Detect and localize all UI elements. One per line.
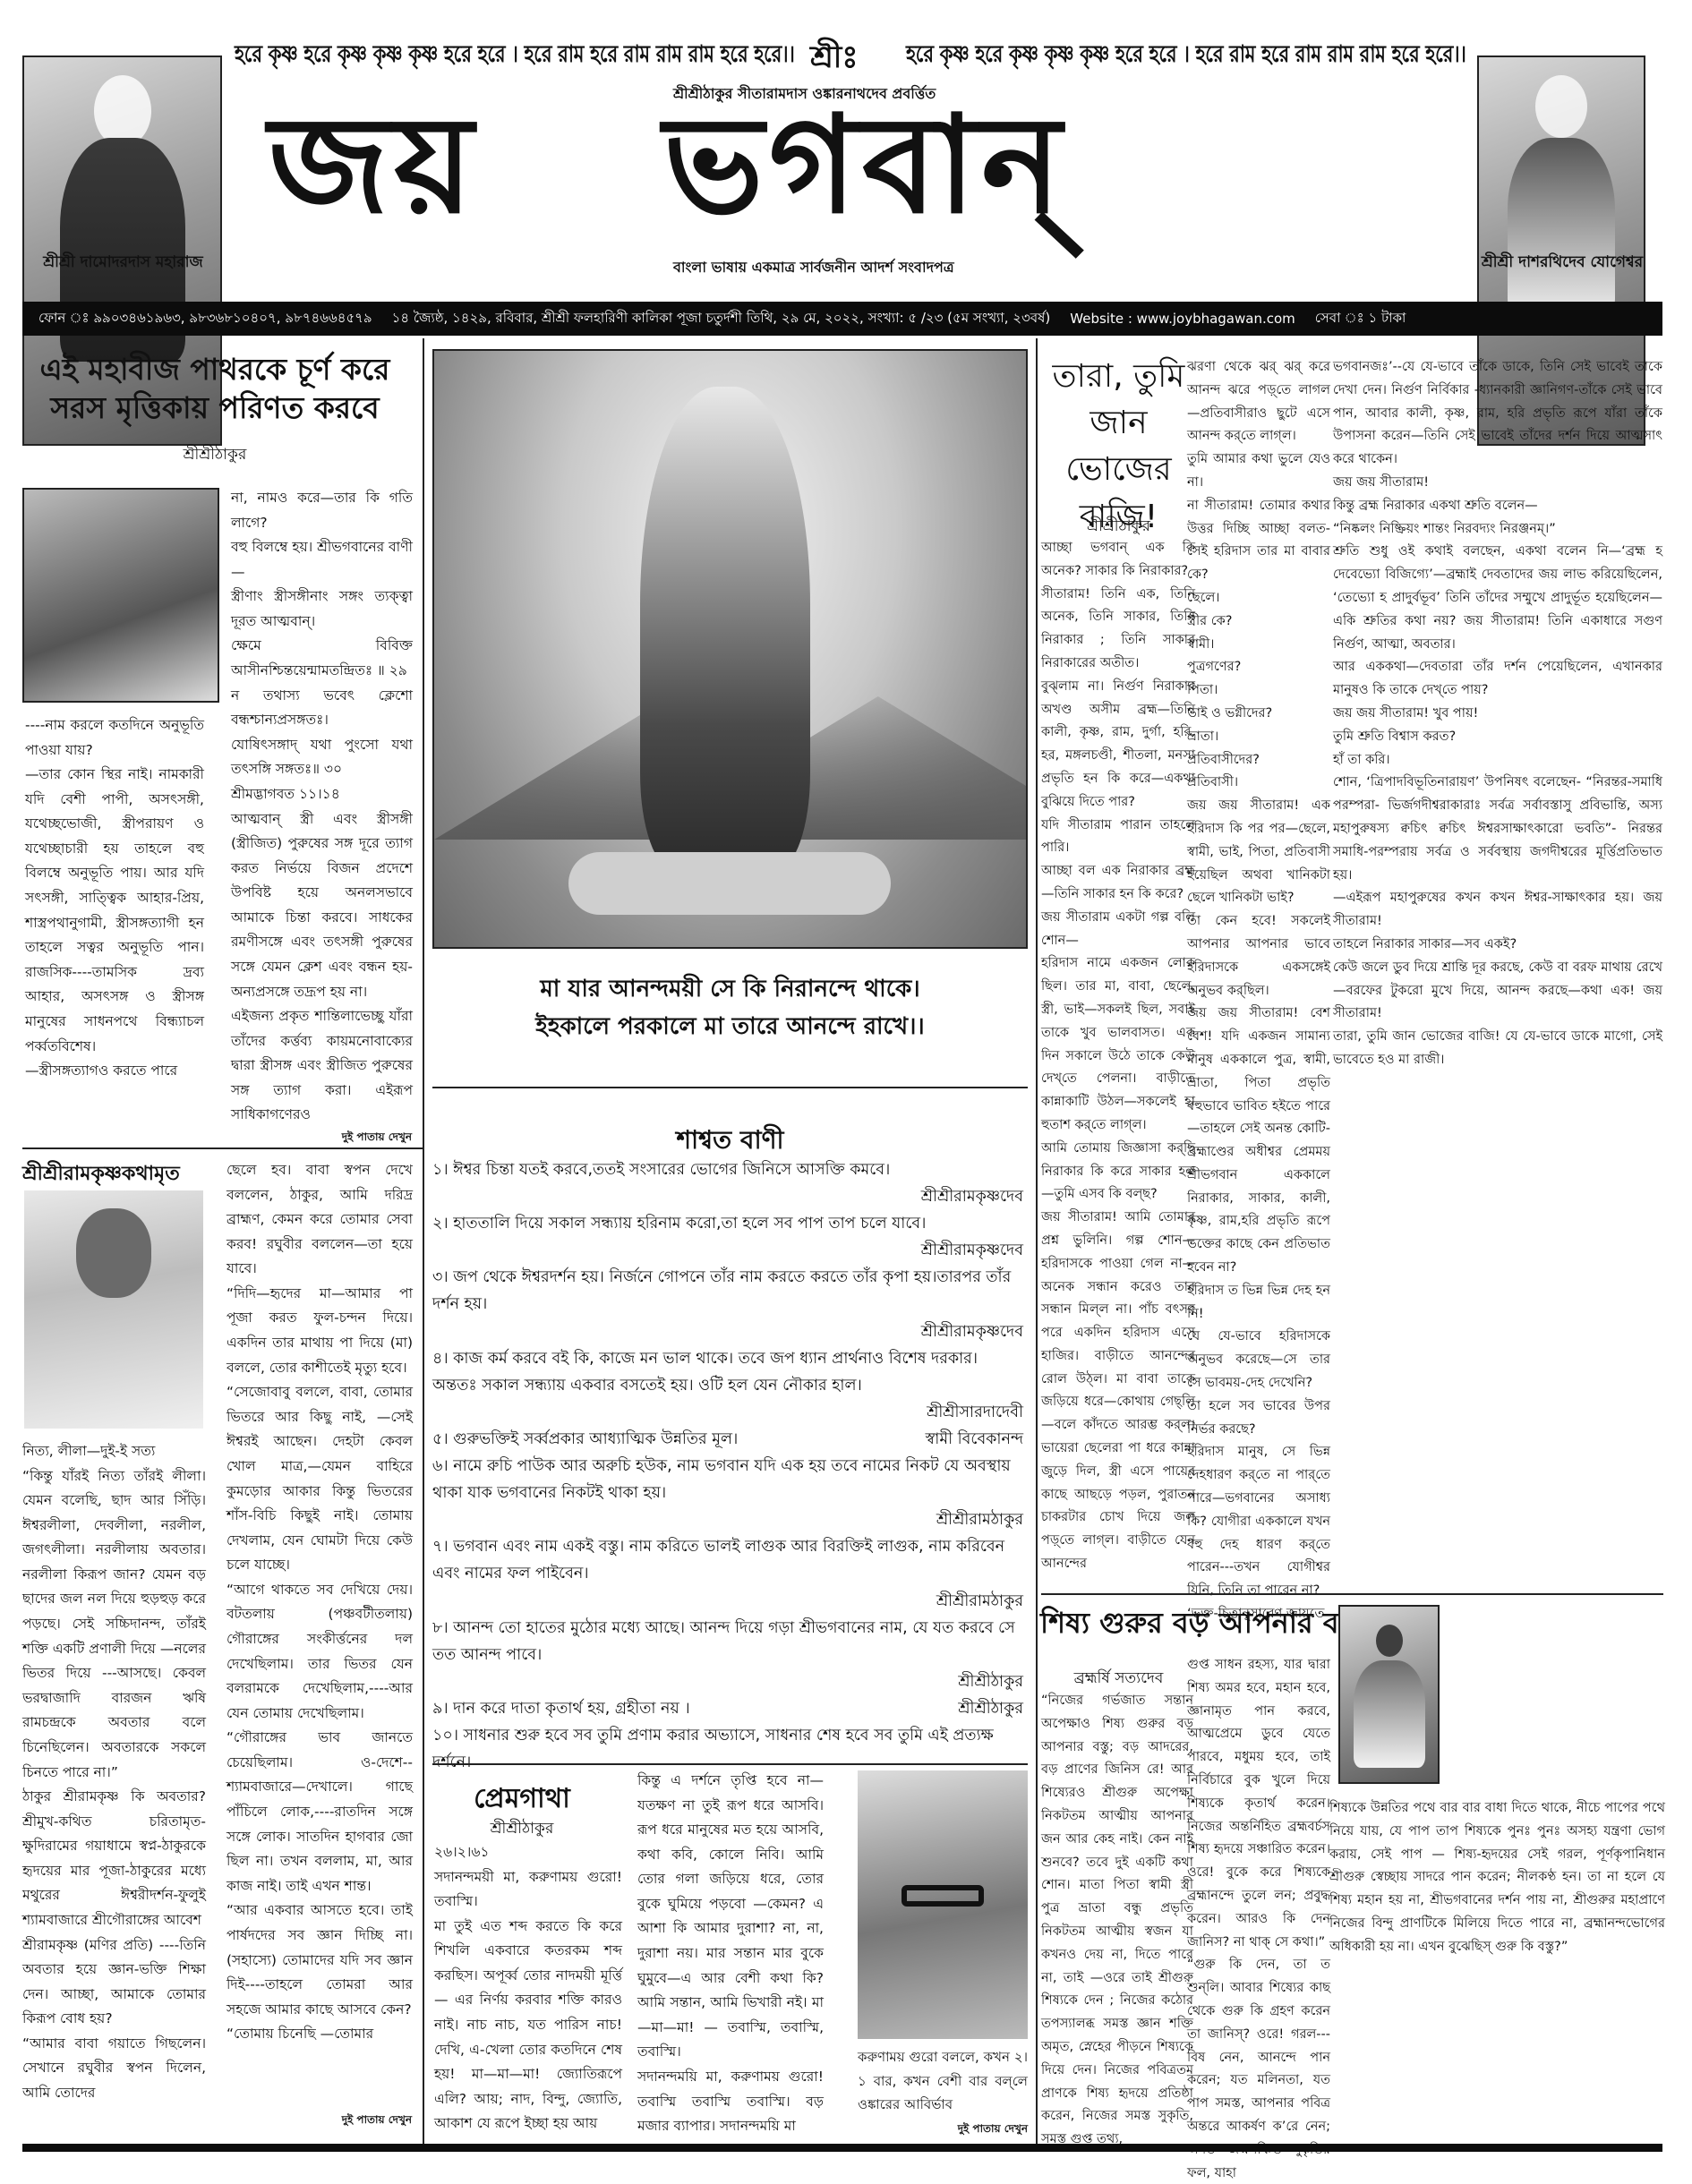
ramakrishna-figure [76,1208,151,1298]
premgatha-title: প্রেমগাথা [432,1777,611,1822]
article1-sadhu-photo [22,488,219,703]
paragraph: ভগবানজঃ’--যে যে-ভাবে তাঁকে ডাকে, তিনি সে… [1333,356,1662,472]
masthead-word-joy: জয় [269,88,479,243]
paragraph: শোন, ‘ত্রিপাদবিভূতিনারায়ণ’ উপনিষৎ বলেছে… [1333,772,1662,887]
paragraph: “আর একবার আসতে হবে। তাই পার্ষদদের সব জ্ঞ… [226,1898,413,2022]
paragraph: সদানন্দময়ি মা, করুণাময় গুরো! তবাস্মি ত… [637,2065,824,2139]
article2-col-right: ছেলে হব। বাবা স্বপন দেখে বললেন, ঠাকুর, আ… [226,1158,413,2047]
premgatha-photo-caption: করুণাময় গুরো বললে, কখন ২। ১ বার, কখন বে… [858,2045,1028,2117]
vani-list: ১। ঈশ্বর চিন্তা যতই করবে,ততই সংসারের ভোগ… [432,1156,1023,1803]
column-divider [423,338,424,2146]
paragraph: আচ্ছা ভগবান্ এক কি অনেক? সাকার কি নিরাকা… [1041,537,1195,584]
right-portrait-caption: শ্রীশ্রী দাশরথিদেব যোগেশ্বর [1468,251,1656,276]
paragraph: পিতা। [1187,679,1330,703]
paragraph: হরিদাস নামে একজন লোক ছিল। তার মা, বাবা, … [1041,952,1195,1137]
chant-left: হরে কৃষ্ণ হরে কৃষ্ণ কৃষ্ণ কৃষ্ণ হরে হরে … [235,36,794,75]
paragraph: “গৌরাঙ্গের ভাব জানতে চেয়েছিলাম। ও-দেশে-… [226,1726,413,1898]
spectacles-icon [902,1885,984,1907]
article1-col-right: না, নামও করে—তার কি গতি লাগে? বহু বিলম্ব… [231,486,413,1128]
premgatha-date: ২৬।২।৬১ [434,1840,622,1865]
paragraph: তারা, তুমি জান ভোজের বাজি! যে যে-ভাবে ডা… [1333,1026,1662,1072]
paragraph: ছেলে হব। বাবা স্বপন দেখে বললেন, ঠাকুর, আ… [226,1158,413,1282]
phone-numbers: ফোন ঃ ৯৯০৩৪৬১৯৬৩, ৯৮৩৬৮১০৪০৭, ৯৮৭৪৬৬৪৫৭৯ [38,308,372,330]
article3-headline: তারা, তুমি জান ভোজের বাজি! [1040,354,1197,541]
vani-author: শ্রীশ্রীরামঠাকুর [432,1588,1023,1615]
article4-byline: ব্রহ্মর্ষি সত্যদেব [1040,1667,1197,1692]
paragraph: —এইরূপ মহাপুরুষের কখন কখন ঈশ্বর-সাক্ষাৎক… [1333,887,1662,934]
paragraph: জয় সীতারাম একটা গল্প বলি শোন— [1041,907,1195,953]
article1-continued-link[interactable]: দুই পাতায় দেখুন [269,1130,412,1147]
ramakrishna-photo [24,1190,203,1429]
seated-saint-body [1508,138,1615,317]
vani-item: ২। হাততালি দিয়ে সকাল সন্ধ্যায় হরিনাম ক… [432,1210,1023,1264]
paragraph: বহু বিলম্বে হয়। শ্রীভগবানের বাণী— [231,535,413,584]
paragraph: —তার কোন স্থির নাই। নামকারী যদি বেশী পাপ… [25,763,204,1059]
masthead-title: জয় ভগবান্ [269,98,1067,233]
paragraph: প্রতিবাসীদের? [1187,749,1330,772]
article1-headline-line1: এই মহাবীজ পাথরকে চূর্ণ করে [18,351,412,389]
vani-item: ১। ঈশ্বর চিন্তা যতই করবে,ততই সংসারের ভোগ… [432,1156,1023,1210]
paragraph: “আমার বাবা গয়াতে গিছলেন। সেখানে রঘুবীর … [22,2032,206,2106]
vani-item: ৭। ভগবান এবং নাম একই বস্তু। নাম করিতে ভা… [432,1533,1023,1614]
paragraph: ক্ষেমে বিবিক্ত আসীনশ্চিন্তয়েন্মামতন্দ্র… [231,634,413,683]
info-bar: ফোন ঃ ৯৯০৩৪৬১৯৬৩, ৯৮৩৬৮১০৪০৭, ৯৮৭৪৬৬৪৫৭৯… [22,302,1662,336]
paragraph: যোষিৎসঙ্গাদ্ যথা পুংসো যথা তৎসঙ্গি সঙ্গত… [231,733,413,782]
paragraph: জয় জয় সীতারাম! বেশ বেশ! যদি একজন সামান… [1187,1002,1330,1280]
article2-continued-link[interactable]: দুই পাতায় দেখুন [269,2112,412,2130]
paragraph: জয় জয় সীতারাম! [1333,472,1662,495]
tagline: বাংলা ভাষায় একমাত্র সার্বজনীন আদর্শ সংব… [673,256,954,280]
paragraph: “নিজের গর্ভজাত সন্তান অপেক্ষাও শিষ্য গুর… [1041,1690,1193,2152]
vani-text: ৮। আনন্দ তো হাতের মুঠোর মধ্যে আছে। আনন্দ… [432,1619,1015,1664]
paragraph: “আগে থাকতে সব দেখিয়ে দেয়। বটতলায় (পঞ্… [226,1578,413,1726]
article3-byline: শ্রীশ্রীঠাকুর [1040,515,1197,540]
vani-author: শ্রীশ্রীঠাকুর [432,1668,1023,1695]
paragraph: ঝরণা থেকে ঝর্ ঝর্ করে আনন্দ ঝরে পড়্‌তে … [1187,356,1330,448]
chant-right: হরে কৃষ্ণ হরে কৃষ্ণ কৃষ্ণ কৃষ্ণ হরে হরে … [906,36,1466,75]
premgatha-col2: কিন্তু এ দর্শনে তৃপ্তি হবে না—যতক্ষণ না … [637,1769,824,2139]
paragraph: না, নামও করে—তার কি গতি লাগে? [231,486,413,535]
paragraph: সীতারাম! তিনি এক, তিনি অনেক, তিনি সাকার,… [1041,584,1195,676]
vani-text: ৯। দান করে দাতা কৃতার্থ হয়, গ্রহীতা নয়… [432,1695,690,1722]
article3-col1: আচ্ছা ভগবান্ এক কি অনেক? সাকার কি নিরাকা… [1041,537,1195,1576]
vani-author: শ্রীশ্রীরামকৃষ্ণদেব [432,1183,1023,1210]
vani-author: শ্রীশ্রীঠাকুর [958,1695,1023,1722]
vani-item: ৮। আনন্দ তো হাতের মুঠোর মধ্যে আছে। আনন্দ… [432,1615,1023,1695]
paragraph: তুমি শ্রুতি বিশ্বাস করত? [1333,726,1662,749]
paragraph: শিষ্যকে উন্নতির পথে বার বার বাধা দিতে থা… [1329,1797,1665,1959]
seated-yogi-figure [94,75,151,147]
vani-item: ৪। কাজ কর্ম করবে বই কি, কাজে মন ভাল থাকে… [432,1345,1023,1426]
kali-deity-image [432,349,1028,949]
column-divider [1036,338,1038,2146]
date-issue: ১৪ জ্যৈষ্ঠ, ১৪২৯, রবিবার, শ্রীশ্রী ফলহার… [392,308,1051,330]
vani-author: শ্রীশ্রীরামকৃষ্ণদেব [432,1237,1023,1264]
article3-rightmost-column: ভগবানজঃ’--যে যে-ভাবে তাঁকে ডাকে, তিনি সে… [1333,356,1662,1072]
article1-col-left: ----নাম করলে কতদিনে অনুভূতি পাওয়া যায়?… [25,713,204,1084]
paragraph: গুপ্ত সাধন রহস্য, যার দ্বারা শিষ্য অমর হ… [1187,1654,1330,1954]
vani-author: শ্রীশ্রীসারদাদেবী [432,1399,1023,1426]
vani-text: ২। হাততালি দিয়ে সকাল সন্ধ্যায় হরিনাম ক… [432,1215,926,1233]
paragraph: ছেলে। [1187,587,1330,610]
paragraph: হরিদাস মানুষ, সে ভিন্ন দেহধারণ কর্‌তে না… [1187,1441,1330,1603]
paragraph: “তোমায় চিনেছি —তোমার [226,2022,413,2047]
premgatha-sadhu-photo [858,1770,1028,2039]
paragraph: আত্মবান্ স্ত্রী এবং স্ত্রীসঙ্গী (স্ত্রীজ… [231,807,413,1005]
premgatha-continued-link[interactable]: দুই পাতায় দেখুন [884,2121,1028,2139]
paragraph: যদি সীতারাম পারান তাহলে পারি। [1041,815,1195,861]
article4-col2: গুপ্ত সাধন রহস্য, যার দ্বারা শিষ্য অমর হ… [1187,1654,1330,2184]
paragraph: শ্রীমদ্ভাগবত ১১।১৪ [231,782,413,807]
article3-col2-content: ঝরণা থেকে ঝর্ ঝর্ করে আনন্দ ঝরে পড়্‌তে … [1187,356,1330,1626]
article4-satyadev-photo [1338,1605,1440,1784]
paragraph: প্রতিবাসী। [1187,772,1330,795]
paragraph: কিন্তু এ দর্শনে তৃপ্তি হবে না—যতক্ষণ না … [637,1769,824,2065]
paragraph: ভ্রাতা। [1187,726,1330,749]
paragraph: তাহলে নিরাকার সাকার—সব একই? [1333,934,1662,957]
paragraph: স্ত্রীণাং স্ত্রীসঙ্গীনাং সঙ্গং ত্যক্ত্বা… [231,584,413,634]
paragraph: ঠাকুর শ্রীরামকৃষ্ণ কি অবতার? শ্রীমুখ-কথি… [22,1785,206,1932]
paragraph: মা তুই এত শব্দ করতে কি করে শিখলি একবারে … [434,1915,622,2137]
section-divider [432,1087,1028,1088]
paragraph: “নিষ্কলং নিষ্ক্রিয়ং শান্তং নিরবদ্যং নির… [1333,518,1662,542]
paragraph: ভাই ও ভগ্নীদের? [1187,703,1330,726]
paragraph: “দিদি—হৃদের মা—আমার পা পূজা করত ফুল-চন্দ… [226,1282,413,1380]
paragraph: আমি তোমায় জিজ্ঞাসা কর্‌ছি নিরাকার কি কর… [1041,1138,1195,1207]
vani-item: ৯। দান করে দাতা কৃতার্থ হয়, গ্রহীতা নয়… [432,1695,1023,1722]
section-divider [432,1763,1028,1765]
page-bottom-rule [22,2144,1662,2152]
article2-title: শ্রীশ্রীরামকৃষ্ণকথামৃত [22,1158,180,1191]
website-link[interactable]: Website : www.joybhagawan.com [1070,311,1295,327]
paragraph: না সীতারাম! তোমার কথার উত্তর দিচ্ছি আচ্ছ… [1187,495,1330,587]
paragraph: জয় জয় সীতারাম! এক হরিদাস কি পর পর—ছেলে… [1187,795,1330,910]
paragraph: “সেজোবাবু বললে, বাবা, তোমার ভিতরে আর কিছ… [226,1380,413,1578]
article2-col-left: নিত্য, লীলা—দুই-ই সত্য “কিন্তু যাঁরই নিত… [22,1439,206,2106]
article1-headline: এই মহাবীজ পাথরকে চূর্ণ করে সরস মৃত্তিকায… [18,351,412,428]
paragraph: আর এককথা—দেবতারা তাঁর দর্শন পেয়েছিলেন, … [1333,656,1662,703]
article3-headline-line1: তারা, তুমি [1040,354,1197,400]
vani-author: শ্রীশ্রীরামকৃষ্ণদেব [432,1318,1023,1345]
price: সেবা ঃ ১ টাকা [1315,308,1406,330]
vani-text: ৪। কাজ কর্ম করবে বই কি, কাজে মন ভাল থাকে… [432,1350,978,1395]
paragraph: পুত্রগণের? [1187,656,1330,679]
paragraph: “কিন্তু যাঁরই নিত্য তাঁরই লীলা। যেমন বলে… [22,1464,206,1786]
paragraph: ন তথাস্য ভবেৎ ক্লেশো বন্ধশ্চান্যপ্রসঙ্গত… [231,684,413,733]
article4-col1: “নিজের গর্ভজাত সন্তান অপেক্ষাও শিষ্য গুর… [1041,1690,1193,2152]
vani-item: ৫। গুরুভক্তিই সর্ব্বপ্রকার আধ্যাত্মিক উন… [432,1426,1023,1453]
vani-item: ৬। নামে রুচি পাউক আর অরুচি হউক, নাম ভগবা… [432,1453,1023,1533]
quote-line1: মা যার আনন্দময়ী সে কি নিরানন্দে থাকে। [432,971,1028,1009]
paragraph: তুমি আমার কথা ভুলে যেও না। [1187,448,1330,495]
paragraph: তা হলে সব ভাবের উপর নির্ভর করছে? [1187,1395,1330,1442]
paragraph: শ্রীরামকৃষ্ণ (মণির প্রতি) ----তিনি অবতার… [22,1933,206,2032]
vani-text: ৫। গুরুভক্তিই সর্ব্বপ্রকার আধ্যাত্মিক উন… [432,1426,738,1453]
masthead-word-bhagawan: ভগবান্ [663,88,1067,243]
shiva-reclining [568,852,891,915]
sri-symbol: শ্রীঃ [810,34,859,85]
seated-saint-figure [1535,75,1587,138]
article3-headline-line2: জান ভোজের [1040,400,1197,493]
meditating-body [1354,1660,1425,1768]
vani-text: ৩। জপ থেকে ঈশ্বরদর্শন হয়। নির্জনে গোপনে… [432,1268,1011,1313]
paragraph: কেউ জলে ডুব দিয়ে শ্রান্তি দূর করছে, কেউ… [1333,957,1662,1026]
kali-figure [640,387,810,870]
vani-text: ৬। নামে রুচি পাউক আর অরুচি হউক, নাম ভগবা… [432,1457,1011,1502]
paragraph: স্বামী। [1187,634,1330,657]
paragraph: সদানন্দময়ী মা, করুণাময় গুরো! তবাস্মি। [434,1865,622,1915]
left-portrait-caption: শ্রীশ্রী দামোদরদাস মহারাজ [18,251,228,276]
paragraph: বুঝ্‌লাম না। নির্গুণ নিরাকার অখণ্ড অসীম … [1041,676,1195,815]
paragraph: শ্রুতি শুধু ওই কথাই বলছেন, একথা বলেন নি—… [1333,541,1662,656]
paragraph: জয় জয় সীতারাম! খুব পায়! [1333,703,1662,726]
paragraph: আচ্ছা বল এক নিরাকার ব্রহ্ম—তিনি সাকার হন… [1041,860,1195,907]
paragraph: তা কেন হবে! সকলেই আপনার আপনার ভাবে হরিদা… [1187,910,1330,1002]
paragraph: জয় সীতারাম! আমি তোমার প্রশ্ন ভুলিনি। গল… [1041,1207,1195,1576]
vani-text: ১। ঈশ্বর চিন্তা যতই করবে,ততই সংসারের ভোগ… [432,1161,890,1179]
paragraph: এইজন্য প্রকৃত শান্তিলাভেচ্ছু যাঁরা তাঁদে… [231,1004,413,1128]
vani-text: ৭। ভগবান এবং নাম একই বস্তু। নাম করিতে ভা… [432,1538,1004,1583]
vani-author: শ্রীশ্রীরামঠাকুর [432,1506,1023,1533]
vani-author: স্বামী বিবেকানন্দ [926,1426,1023,1453]
section-divider [22,1147,423,1149]
premgatha-byline: শ্রীশ্রীঠাকুর [432,1817,611,1842]
paragraph: —স্ত্রীসঙ্গত্যাগও করতে পারে [25,1059,204,1084]
paragraph: স্ত্রীর কে? [1187,610,1330,634]
vani-item: ৩। জপ থেকে ঈশ্বরদর্শন হয়। নির্জনে গোপনে… [432,1264,1023,1344]
meditating-figure [1376,1625,1403,1657]
section-divider [1041,1593,1663,1595]
premgatha-col1: ২৬।২।৬১ সদানন্দময়ী মা, করুণাময় গুরো! ত… [434,1840,622,2137]
quote-line2: ইহকালে পরকালে মা তারে আনন্দে রাখে।। [432,1009,1028,1046]
article1-headline-line2: সরস মৃত্তিকায় পরিণত করবে [18,389,412,428]
paragraph: হরিদাস ত ভিন্ন ভিন্ন দেহ হন নি! [1187,1280,1330,1327]
paragraph: যে যে-ভাবে হরিদাসকে অনুভব করেছে—সে তার স… [1187,1326,1330,1395]
paragraph: নিত্য, লীলা—দুই-ই সত্য [22,1439,206,1464]
center-quote: মা যার আনন্দময়ী সে কি নিরানন্দে থাকে। ই… [432,971,1028,1045]
article4-col3-text: শিষ্যকে উন্নতির পথে বার বার বাধা দিতে থা… [1329,1797,1665,1959]
article1-byline: শ্রীশ্রীঠাকুর [18,443,412,468]
paragraph: ----নাম করলে কতদিনে অনুভূতি পাওয়া যায়? [25,713,204,763]
paragraph: হাঁ তা করি। [1333,749,1662,772]
paragraph: কিন্তু ব্রহ্ম নিরাকার একথা শ্রুতি বলেন— [1333,495,1662,518]
